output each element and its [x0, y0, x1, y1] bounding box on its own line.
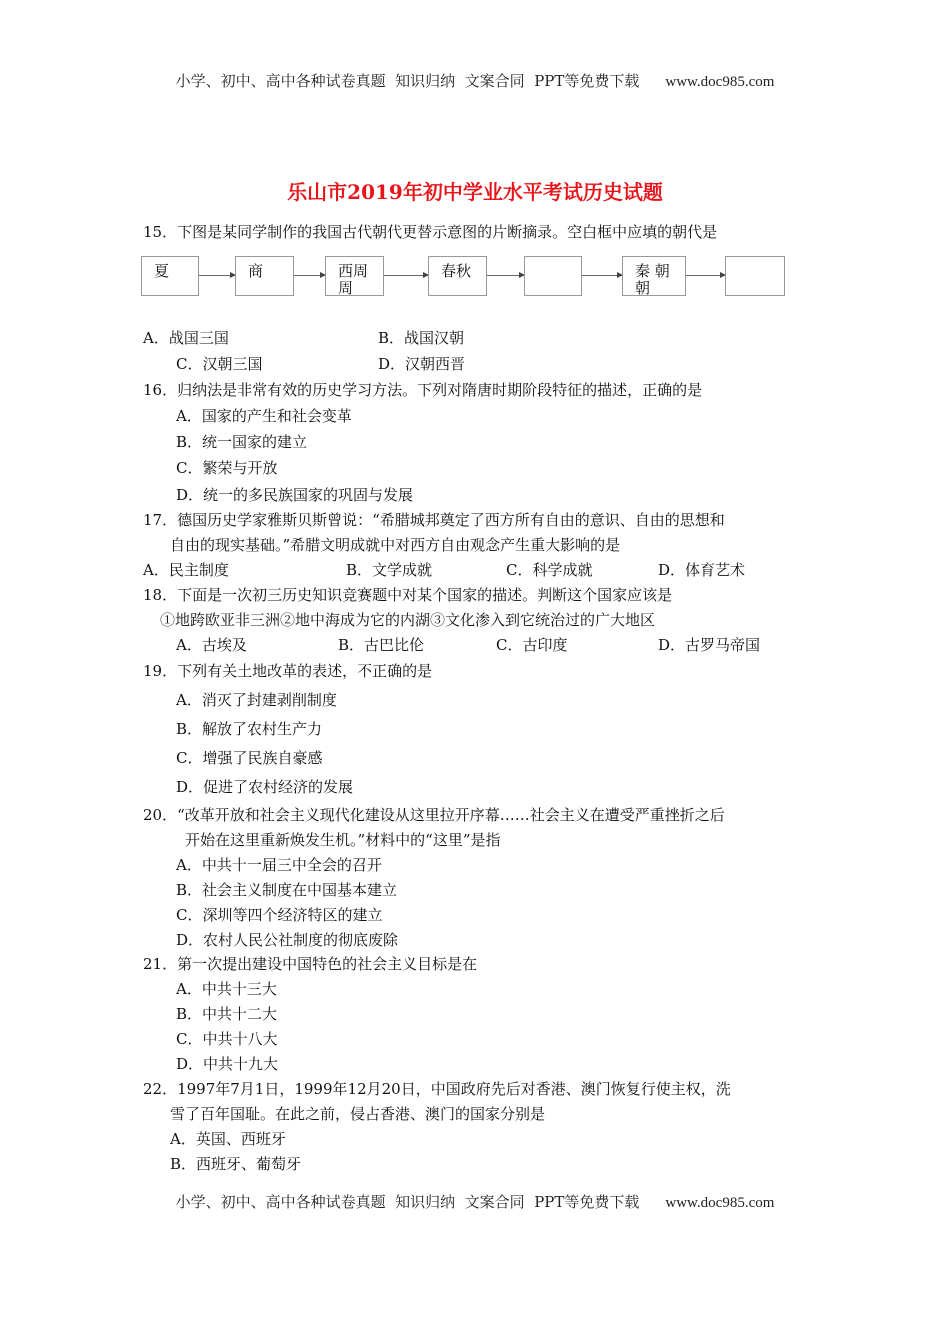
q20-option-a: A．中共十一届三中全会的召开: [176, 855, 382, 875]
arrow-icon: [294, 275, 325, 276]
q19-option-a: A．消灭了封建剥削制度: [176, 690, 337, 710]
q17-option-c: C．科学成就: [506, 560, 592, 580]
q17-stem-line1: 17．德国历史学家雅斯贝斯曾说：“希腊城邦奠定了西方所有自由的意识、自由的思想和: [143, 510, 725, 530]
q20-option-c: C．深圳等四个经济特区的建立: [176, 905, 382, 925]
q21-option-d: D．中共十九大: [176, 1054, 278, 1074]
q19-option-c: C．增强了民族自豪感: [176, 748, 322, 768]
q20-option-d: D．农村人民公社制度的彻底废除: [176, 930, 398, 950]
arrow-icon: [487, 275, 524, 276]
q18-stem-line2: ①地跨欧亚非三洲②地中海成为它的内湖③文化渗入到它统治过的广大地区: [160, 610, 655, 630]
q15-option-d: D．汉朝西晋: [378, 354, 465, 374]
q16-option-d: D．统一的多民族国家的巩固与发展: [176, 485, 413, 505]
header-text: 小学、初中、高中各种试卷真题 知识归纳 文案合同 PPT等免费下载: [176, 72, 640, 90]
flow-box-xia: 夏: [141, 256, 199, 296]
q22-stem-line2: 雪了百年国耻。在此之前，侵占香港、澳门的国家分别是: [170, 1104, 545, 1124]
arrow-icon: [384, 275, 428, 276]
q21-option-c: C．中共十八大: [176, 1029, 277, 1049]
flow-box-qin: 秦 朝 朝: [622, 256, 686, 296]
q16-option-c: C．繁荣与开放: [176, 458, 277, 478]
q19-option-d: D．促进了农村经济的发展: [176, 777, 353, 797]
q18-stem-line1: 18．下面是一次初三历史知识竞赛题中对某个国家的描述。判断这个国家应该是: [143, 585, 672, 605]
q21-stem: 21．第一次提出建设中国特色的社会主义目标是在: [143, 954, 477, 974]
q15-option-c: C．汉朝三国: [176, 354, 262, 374]
q20-stem-line2: 开始在这里重新焕发生机。”材料中的“这里”是指: [185, 830, 501, 850]
q18-option-b: B．古巴比伦: [338, 635, 424, 655]
flow-box-blank-1: [524, 256, 582, 296]
q22-stem-line1: 22．1997年7月1日，1999年12月20日，中国政府先后对香港、澳门恢复行…: [143, 1079, 731, 1099]
q22-option-a: A．英国、西班牙: [170, 1129, 286, 1149]
q16-stem: 16．归纳法是非常有效的历史学习方法。下列对隋唐时期阶段特征的描述，正确的是: [143, 380, 702, 400]
q20-option-b: B．社会主义制度在中国基本建立: [176, 880, 397, 900]
q20-stem-line1: 20．“改革开放和社会主义现代化建设从这里拉开序幕……社会主义在遭受严重挫折之后: [143, 805, 725, 825]
footer-text: 小学、初中、高中各种试卷真题 知识归纳 文案合同 PPT等免费下载: [176, 1193, 640, 1211]
q21-option-a: A．中共十三大: [176, 979, 277, 999]
q15-option-a: A．战国三国: [143, 328, 229, 348]
q17-option-d: D．体育艺术: [658, 560, 745, 580]
arrow-icon: [582, 275, 622, 276]
header-site: www.doc985.com: [665, 74, 774, 90]
q18-option-d: D．古罗马帝国: [658, 635, 760, 655]
q15-option-b: B．战国汉朝: [378, 328, 464, 348]
q18-option-a: A．古埃及: [176, 635, 247, 655]
q17-stem-line2: 自由的现实基础。”希腊文明成就中对西方自由观念产生重大影响的是: [170, 535, 620, 555]
q19-option-b: B．解放了农村生产力: [176, 719, 322, 739]
flow-box-chunqiu: 春秋: [428, 256, 487, 296]
arrow-icon: [199, 275, 235, 276]
q19-stem: 19．下列有关土地改革的表述，不正确的是: [143, 661, 432, 681]
q16-option-a: A．国家的产生和社会变革: [176, 406, 352, 426]
flow-box-xizhou: 西周 周: [325, 256, 384, 296]
q16-option-b: B．统一国家的建立: [176, 432, 307, 452]
q15-stem: 15．下图是某同学制作的我国古代朝代更替示意图的片断摘录。空白框中应填的朝代是: [143, 222, 717, 242]
dynasty-flow-diagram: 夏 商 西周 周 春秋 秦 朝 朝: [141, 256, 801, 298]
arrow-icon: [686, 275, 725, 276]
footer-site: www.doc985.com: [665, 1195, 774, 1211]
q18-option-c: C．古印度: [496, 635, 567, 655]
flow-box-blank-2: [725, 256, 785, 296]
q17-option-b: B．文学成就: [346, 560, 432, 580]
q21-option-b: B．中共十二大: [176, 1004, 277, 1024]
flow-box-shang: 商: [235, 256, 294, 296]
q22-option-b: B．西班牙、葡萄牙: [170, 1154, 301, 1174]
page-footer: 小学、初中、高中各种试卷真题 知识归纳 文案合同 PPT等免费下载www.doc…: [0, 1191, 950, 1212]
page-header: 小学、初中、高中各种试卷真题 知识归纳 文案合同 PPT等免费下载www.doc…: [0, 70, 950, 91]
q17-option-a: A．民主制度: [143, 560, 229, 580]
exam-title: 乐山市2019年初中学业水平考试历史试题: [0, 176, 950, 205]
